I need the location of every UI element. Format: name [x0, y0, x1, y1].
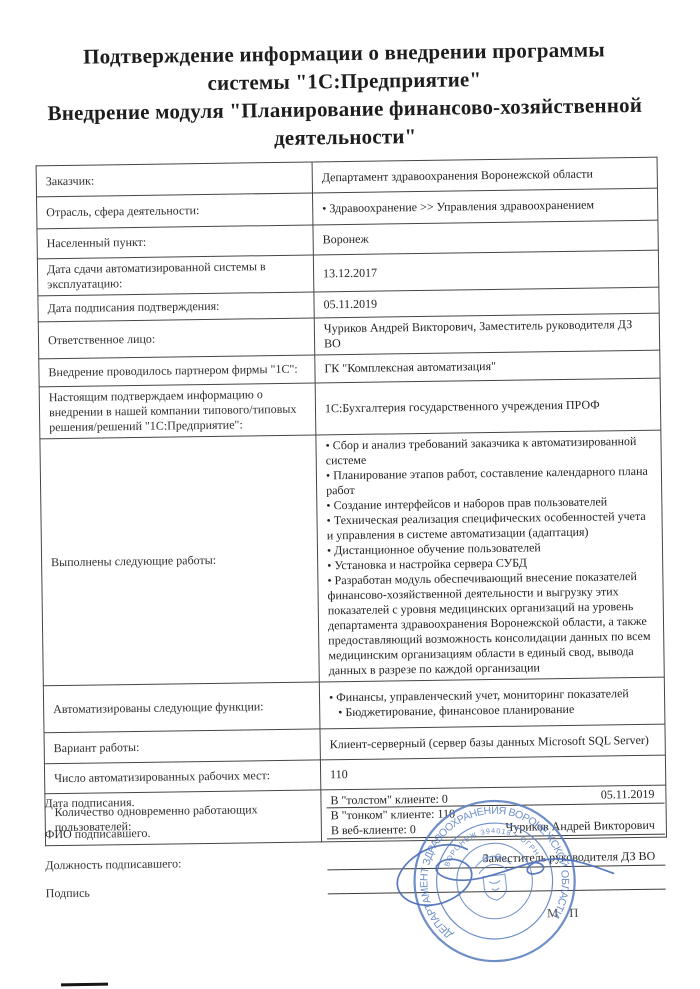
signature-value: 05.11.2019	[601, 787, 655, 803]
signature-label: Должность подписавшего:	[45, 856, 181, 873]
table-row: Выполнены следующие работы:• Сбор и анал…	[40, 430, 664, 686]
row-value: 1С:Бухгалтерия государственного учрежден…	[315, 378, 661, 435]
row-label: Отрасль, сфера деятельности:	[37, 193, 313, 229]
row-value: Департамент здравоохранения Воронежской …	[312, 157, 657, 193]
row-label: Внедрение проводилось партнером фирмы "1…	[39, 355, 315, 387]
info-table: Заказчик:Департамент здравоохранения Вор…	[36, 157, 667, 847]
row-value: Воронеж	[313, 220, 658, 255]
row-value: Чуриков Андрей Викторович, Заместитель р…	[314, 313, 659, 355]
signature-label: Подпись	[46, 886, 90, 902]
row-label: Заказчик:	[36, 162, 312, 197]
row-value: Клиент-серверный (сервер базы данных Mic…	[320, 724, 665, 760]
row-label: Настоящим подтверждаем информацию о внед…	[39, 383, 316, 439]
row-value: • Сбор и анализ требований заказчика к а…	[316, 430, 664, 682]
row-value: • Здравоохранение >> Управления здравоох…	[312, 188, 657, 225]
signature-label: ФИО подписавшего.	[45, 826, 151, 842]
row-value: • Финансы, управленческий учет, монитори…	[319, 677, 665, 729]
signature-label: Дата подписания.	[44, 795, 134, 811]
row-label: Автоматизированы следующие функции:	[43, 682, 320, 733]
row-label: Дата сдачи автоматизированной системы в …	[37, 255, 313, 296]
row-value: 110	[320, 755, 665, 790]
row-label: Вариант работы:	[44, 729, 320, 764]
row-label: Населенный пункт:	[37, 225, 313, 259]
document-header: Подтверждение информации о внедрении про…	[34, 36, 655, 156]
row-label: Дата подписания подтверждения:	[38, 292, 314, 322]
scanned-document: Подтверждение информации о внедрении про…	[0, 0, 700, 989]
page-title: Подтверждение информации о внедрении про…	[44, 36, 645, 100]
row-label: Выполнены следующие работы:	[40, 435, 319, 686]
row-label: Число автоматизированных рабочих мест:	[44, 760, 320, 794]
row-label: Ответственное лицо:	[38, 318, 314, 359]
handwritten-signature-icon	[385, 827, 628, 916]
row-value: 13.12.2017	[313, 250, 658, 292]
page-subtitle: Внедрение модуля "Планирование финансово…	[45, 92, 646, 156]
table-row: Настоящим подтверждаем информацию о внед…	[39, 378, 661, 439]
